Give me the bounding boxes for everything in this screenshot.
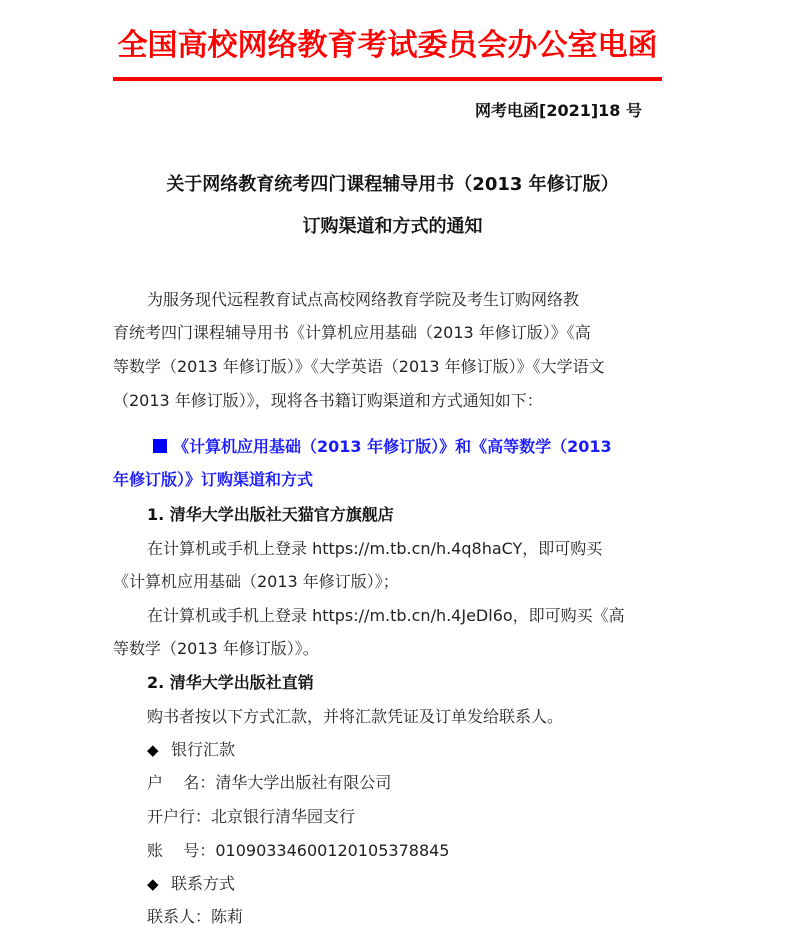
- notice-title-line2: 订购渠道和方式的通知: [0, 214, 785, 240]
- contact-heading: ◆联系方式: [147, 873, 235, 895]
- section1-heading-line1: 《计算机应用基础（2013 年修订版）》和《高等数学（2013: [153, 436, 612, 458]
- channel1-line3: 在计算机或手机上登录 https://m.tb.cn/h.4JeDl6o，即可购…: [147, 605, 625, 627]
- section1-heading-line2: 年修订版）》订购渠道和方式: [113, 469, 313, 491]
- account-name: 户 名：清华大学出版社有限公司: [147, 772, 391, 794]
- channel2-heading: 2. 清华大学出版社直销: [147, 672, 314, 694]
- intro-line-1: 为服务现代远程教育试点高校网络教育学院及考生订购网络教: [147, 289, 579, 311]
- notice-title-line1: 关于网络教育统考四门课程辅导用书（2013 年修订版）: [0, 172, 785, 198]
- channel1-line1: 在计算机或手机上登录 https://m.tb.cn/h.4q8haCY，即可购…: [147, 538, 602, 560]
- section1-heading-text: 《计算机应用基础（2013 年修订版）》和《高等数学（2013: [173, 437, 612, 456]
- contact-label: 联系方式: [171, 874, 235, 893]
- intro-line-2: 育统考四门课程辅导用书《计算机应用基础（2013 年修订版）》《高: [113, 322, 591, 344]
- diamond-bullet-icon: ◆: [147, 739, 163, 761]
- channel1-heading: 1. 清华大学出版社天猫官方旗舰店: [147, 504, 394, 526]
- document-number: 网考电函[2021]18 号: [475, 100, 642, 122]
- account-number: 账 号：01090334600120105378845: [147, 840, 449, 862]
- bank-transfer-heading: ◆银行汇款: [147, 739, 235, 761]
- bank-branch: 开户行：北京银行清华园支行: [147, 806, 355, 828]
- intro-line-4: （2013 年修订版）》，现将各书籍订购渠道和方式通知如下：: [113, 390, 543, 412]
- diamond-bullet-icon: ◆: [147, 873, 163, 895]
- contact-person: 联系人：陈莉: [147, 906, 243, 928]
- channel2-description: 购书者按以下方式汇款，并将汇款凭证及订单发给联系人。: [147, 706, 563, 728]
- blue-square-bullet-icon: [153, 439, 167, 453]
- letterhead-title: 全国高校网络教育考试委员会办公室电函: [113, 28, 662, 64]
- intro-line-3: 等数学（2013 年修订版）》《大学英语（2013 年修订版）》《大学语文: [113, 356, 605, 378]
- red-divider-rule: [113, 77, 662, 81]
- channel1-line2: 《计算机应用基础（2013 年修订版）》；: [113, 571, 399, 593]
- bank-transfer-label: 银行汇款: [171, 740, 235, 759]
- channel1-line4: 等数学（2013 年修订版）》。: [113, 638, 319, 660]
